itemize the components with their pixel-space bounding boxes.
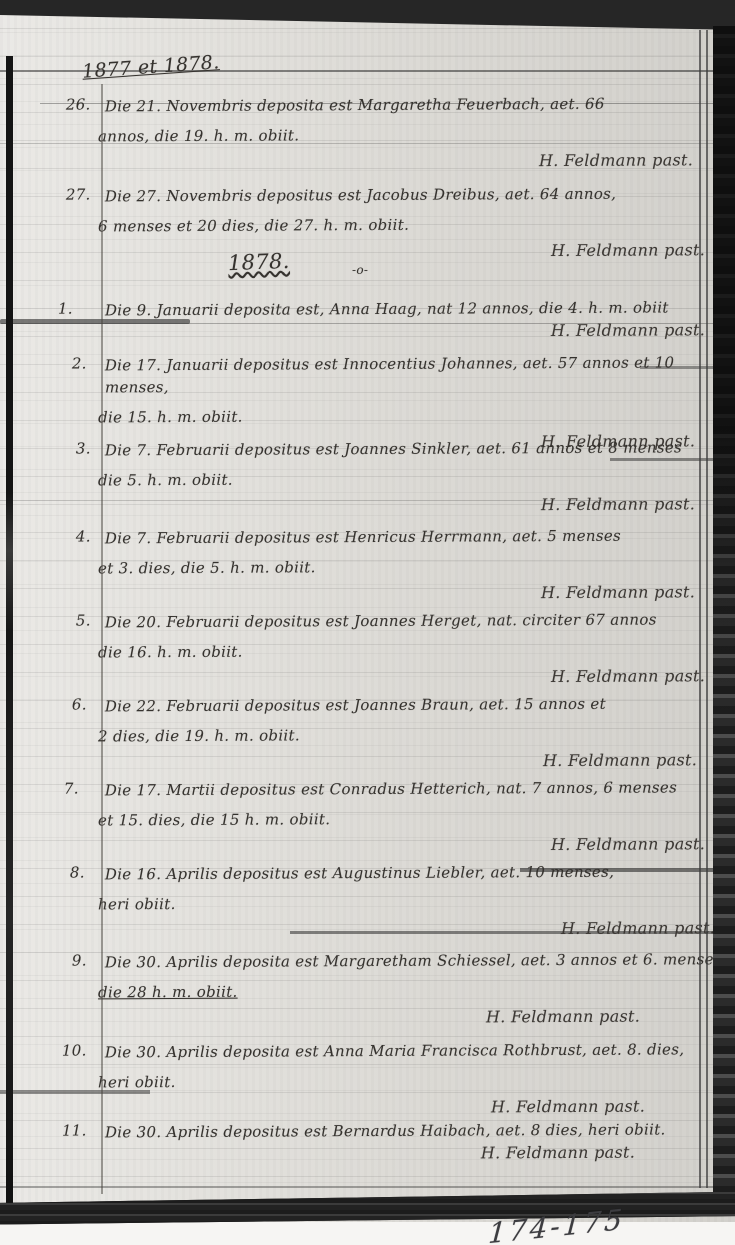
entry-number: 6. [72,695,87,713]
entry-text-line: Die 30. Aprilis depositus est Bernardus … [105,1118,727,1143]
scan-edge-left [6,56,13,1206]
entry-signature: H. Feldmann past. [0,666,735,689]
register-entry: 9. Die 30. Aprilis deposita est Margaret… [0,948,735,1029]
entry-text-line: 6 menses et 20 dies, die 27. h. m. obiit… [98,212,735,237]
entry-text-line: annos, die 19. h. m. obiit. [98,122,735,147]
entry-text-line: die 15. h. m. obiit. [98,403,735,428]
entry-signature: H. Feldmann past. [0,494,735,517]
register-entry: 5. Die 20. Februarii depositus est Joann… [0,608,735,689]
entry-number: 4. [76,527,91,545]
entry-text-line: heri obiit. [98,890,735,915]
entry-number: 9. [72,951,87,969]
entry-text-line: Die 16. Aprilis depositus est Augustinus… [105,860,727,885]
entry-text-line: Die 20. Februarii depositus est Joannes … [105,608,727,633]
entry-number: 10. [62,1041,87,1059]
entry-text-line: Die 21. Novembris deposita est Margareth… [105,92,727,117]
register-entry: 1. Die 9. Januarii deposita est, Anna Ha… [0,296,735,343]
register-entry: 26. Die 21. Novembris deposita est Marga… [0,92,735,173]
scanned-register-page: 1877 et 1878. 1878. -o- 26. Die 21. Nove… [0,0,735,1245]
entry-signature: H. Feldmann past. [0,918,735,941]
section-divider-mark: -o- [352,263,368,277]
entry-text-line: die 16. h. m. obiit. [98,638,735,663]
entry-text-line: Die 9. Januarii deposita est, Anna Haag,… [105,296,727,321]
entry-number: 3. [76,439,91,457]
register-entry: 4. Die 7. Februarii depositus est Henric… [0,524,735,605]
register-entry: 6. Die 22. Februarii depositus est Joann… [0,692,735,773]
entry-text-line: die 5. h. m. obiit. [98,466,735,491]
entry-number: 11. [62,1121,87,1139]
entry-text-line: et 3. dies, die 5. h. m. obiit. [98,554,735,579]
entry-signature: H. Feldmann past. [0,1096,735,1119]
entry-signature: H. Feldmann past. [0,834,735,857]
entry-text-line: Die 27. Novembris depositus est Jacobus … [105,182,727,207]
entry-signature: H. Feldmann past. [0,582,735,605]
register-entry: 8. Die 16. Aprilis depositus est Augusti… [0,860,735,941]
entry-signature: H. Feldmann past. [0,1006,735,1029]
binding-line [699,30,701,1188]
entry-text-line: Die 30. Aprilis deposita est Margaretham… [105,948,727,973]
entry-text-line: Die 7. Februarii depositus est Joannes S… [105,436,727,461]
entry-text-line: et 15. dies, die 15 h. m. obiit. [98,806,735,831]
film-edge-right [713,26,735,1192]
entry-signature: H. Feldmann past. [0,240,735,263]
entry-number: 8. [70,863,85,881]
entry-text-line: 2 dies, die 19. h. m. obiit. [98,722,735,747]
register-entry: 11. Die 30. Aprilis depositus est Bernar… [0,1118,735,1165]
entry-signature: H. Feldmann past. [0,320,735,343]
entry-number: 2. [72,354,87,372]
entry-text-line: Die 7. Februarii depositus est Henricus … [105,524,727,549]
entry-number: 27. [66,185,91,203]
register-entry: 7. Die 17. Martii depositus est Conradus… [0,776,735,857]
entry-text-line: die 28 h. m. obiit. [98,978,735,1003]
entry-signature: H. Feldmann past. [0,750,735,773]
binding-line [706,30,708,1188]
register-entry: 3. Die 7. Februarii depositus est Joanne… [0,436,735,517]
entry-text-line: Die 17. Januarii depositus est Innocenti… [105,351,727,398]
margin-rule-line [101,84,103,1194]
entry-text-line: Die 22. Februarii depositus est Joannes … [105,692,727,717]
entry-number: 26. [66,95,91,113]
entry-signature: H. Feldmann past. [0,150,735,173]
register-entry: 27. Die 27. Novembris depositus est Jaco… [0,182,735,263]
entry-text-line: Die 30. Aprilis deposita est Anna Maria … [105,1038,727,1063]
entry-text-line: Die 17. Martii depositus est Conradus He… [105,776,727,801]
register-entry: 10. Die 30. Aprilis deposita est Anna Ma… [0,1038,735,1119]
entry-number: 5. [76,611,91,629]
entry-signature: H. Feldmann past. [0,1142,735,1165]
entry-number: 1. [58,300,73,318]
entry-text-line: heri obiit. [98,1068,735,1093]
entry-number: 7. [64,780,79,798]
